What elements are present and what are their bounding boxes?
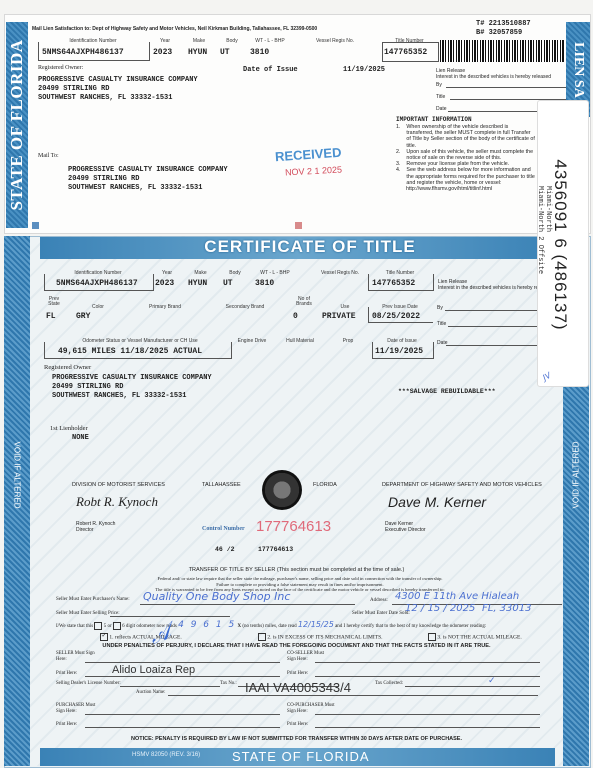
color-label: Color (78, 304, 118, 310)
actual-mileage-checkbox[interactable]: ✓ (100, 633, 108, 641)
registration-mark (295, 222, 302, 229)
city-label: TALLAHASSEE (202, 482, 241, 488)
auction-name-value[interactable]: IAAI VA4005343/4 (245, 680, 351, 695)
mail-lien-instruction: Mail Lien Satisfaction to: Dept of Highw… (32, 26, 317, 32)
stmt-text: 5 or (104, 624, 112, 629)
use-value: PRIVATE (322, 312, 356, 321)
prop-label: Prop (338, 338, 358, 344)
stub-year-label: Year (150, 38, 180, 44)
address-value-2[interactable]: FL, 33013 (482, 603, 532, 614)
stmt-text: I/We state that this (56, 624, 93, 629)
registered-owner-lines: PROGRESSIVE CASUALTY INSURANCE COMPANY 2… (52, 374, 212, 401)
director-title: Director (76, 528, 115, 534)
penalty-notice: NOTICE: PENALTY IS REQUIRED BY LAW IF NO… (0, 736, 593, 742)
exec-block: Dave Kerner Executive Director (385, 522, 426, 533)
option-label: 3. is NOT THE ACTUAL MILEAGE. (437, 634, 521, 640)
copurchaser-print-label: Print Here: (287, 722, 308, 727)
coseller-print-label: Print Here: (287, 671, 308, 676)
owner-line: 20499 STIRLING RD (52, 383, 212, 392)
owner-line: SOUTHWEST RANCHES, FL 33332-1531 (52, 392, 212, 401)
mileage-option-2[interactable]: 2. is IN EXCESS OF ITS MECHANICAL LIMITS… (258, 633, 383, 641)
executive-signature: Dave M. Kerner (388, 494, 486, 510)
owner-line: SOUTHWEST RANCHES, FL 33332-1531 (38, 94, 198, 103)
stub-make-label: Make (180, 38, 218, 44)
seller-print-line[interactable] (85, 676, 280, 677)
important-url[interactable]: http://www.flhsmv.gov/html/titlinf.html (396, 186, 536, 192)
use-label: Use (330, 304, 360, 310)
coseller-sign-label: CO-SELLER Must Sign Here: (287, 651, 327, 662)
odometer-reading-value[interactable]: 4 9 6 1 5 (178, 620, 236, 630)
void-if-altered-right: VOID IF ALTERED (569, 400, 583, 550)
not-actual-checkbox[interactable] (428, 633, 436, 641)
void-text: VOID IF ALTERED (572, 442, 581, 509)
stub-date-label: Date of Issue (243, 66, 298, 74)
coseller-print-line[interactable] (315, 676, 540, 677)
item-num: 1. (396, 124, 400, 149)
mail-to-label: Mail To: (38, 153, 59, 159)
stub-date-value: 11/19/2025 (343, 66, 385, 74)
seller-print-value[interactable]: Alido Loaiza Rep (112, 664, 195, 676)
band-text: STATE OF FLORIDA (7, 39, 27, 210)
stub-id-label: Identification Number (38, 38, 148, 44)
option-label: 2. is IN EXCESS OF ITS MECHANICAL LIMITS… (267, 634, 382, 640)
coseller-sign-line[interactable] (315, 662, 540, 663)
auction-name-label: Auction Name: (136, 690, 165, 695)
purchaser-name-line[interactable] (140, 604, 355, 605)
purchaser-sign-line[interactable] (85, 714, 280, 715)
cert-lien-release: Lien Release Interest in the described v… (438, 279, 553, 291)
barcode (440, 40, 565, 62)
secondary-brand-label: Secondary Brand (215, 304, 275, 310)
checkmark-initial: ✓ (488, 676, 496, 686)
stub-title-value: 147765352 (384, 48, 427, 57)
prev-issue-date-value: 08/25/2022 (372, 312, 420, 321)
important-item: 4.See the web address below for more inf… (396, 167, 536, 186)
florida-seal-icon (262, 470, 302, 510)
perjury-statement: UNDER PENALTIES OF PERJURY, I DECLARE TH… (0, 643, 593, 649)
purchaser-print-line[interactable] (85, 727, 280, 728)
mileage-option-3[interactable]: 3. is NOT THE ACTUAL MILEAGE. (428, 633, 522, 641)
purchaser-sign-label: PURCHASER Must Sign Here: (56, 703, 96, 714)
lien-band-text: LIEN SA (570, 42, 586, 98)
tax-no-label: Tax No.: (220, 681, 237, 686)
id-number-value: 5NMS64AJXPH486137 (56, 279, 138, 288)
first-lienholder-value: NONE (72, 434, 89, 442)
wt-value: 3810 (255, 279, 274, 288)
make-label: Make (183, 270, 218, 276)
dealer-license-line[interactable] (120, 686, 220, 687)
tenths-mark[interactable]: X (237, 624, 241, 629)
vessel-label: Vessel Regis No. (310, 270, 370, 276)
stub-year-value: 2023 (153, 48, 172, 57)
registration-mark (32, 222, 39, 229)
stub-wt-value: 3810 (250, 48, 269, 57)
lien-by-label: By (437, 305, 443, 311)
make-value: HYUN (188, 279, 207, 288)
lien-release-text: Interest in the described vehicles is he… (438, 285, 553, 291)
copurchaser-print-line[interactable] (315, 727, 540, 728)
prev-state-value: FL (46, 312, 56, 321)
bottom-state-text: STATE OF FLORIDA (232, 749, 370, 764)
item-text: See the web address below for more infor… (406, 167, 536, 186)
lien-title-label: Title (436, 94, 445, 100)
body-label: Body (220, 270, 250, 276)
stub-make-value: HYUN (188, 48, 207, 57)
division-label: DIVISION OF MOTORIST SERVICES (72, 482, 165, 488)
stub-body-value: UT (220, 48, 230, 57)
five-digit-checkbox[interactable] (94, 622, 102, 630)
date-sold-value[interactable]: 12 / 15 / 2025 (405, 603, 475, 614)
title-number-value: 147765352 (372, 279, 415, 288)
lien-by-line (446, 87, 566, 88)
body-value: UT (223, 279, 233, 288)
address-label: Address: (370, 598, 388, 603)
excess-mileage-checkbox[interactable] (258, 633, 266, 641)
no-of-brands-value: 0 (293, 312, 298, 321)
year-label: Year (152, 270, 182, 276)
stub-wt-label: WT - L - BHP (246, 38, 294, 44)
dealer-license-label: Selling Dealer's License Number: (56, 681, 121, 686)
lien-release-text: Interest in the described vehicles is he… (436, 74, 551, 80)
void-if-altered-left: VOID IF ALTERED (10, 400, 24, 550)
stub-body-label: Body (218, 38, 246, 44)
seller-print-label: Print Here: (56, 671, 77, 676)
certificate-title: CERTIFICATE OF TITLE (160, 237, 460, 259)
mail-to-line: 20499 STIRLING RD (68, 175, 228, 184)
stub-owner-label: Registered Owner: (38, 65, 83, 71)
lien-title-label: Title (437, 321, 446, 327)
state-of-florida-band: STATE OF FLORIDA (6, 22, 28, 228)
director-block: Robert R. Kynoch Director (76, 522, 115, 533)
hull-material-label: Hull Material (280, 338, 320, 344)
sticker-locations: Miami-North Miami-North 2 Offsite (536, 186, 552, 274)
odometer-statement: I/We state that this 5 or 6 digit odomet… (56, 620, 486, 630)
mail-to-lines: PROGRESSIVE CASUALTY INSURANCE COMPANY 2… (68, 166, 228, 193)
owner-line: PROGRESSIVE CASUALTY INSURANCE COMPANY (52, 374, 212, 383)
control-code: 46 /2 (215, 546, 235, 553)
t-number: T# 2213510887 (476, 20, 531, 28)
b-number: B# 32057859 (476, 29, 522, 37)
color-value: GRY (76, 312, 90, 321)
salvage-brand-note: ***SALVAGE REBUILDABLE*** (398, 388, 496, 395)
control-number: 177764613 (256, 518, 331, 535)
registered-owner-label: Registered Owner (44, 364, 91, 371)
date-read-value[interactable]: 12/15/25 (298, 620, 334, 629)
purchaser-name-value[interactable]: Quality One Body Shop Inc (143, 590, 290, 603)
item-text: When ownership of the vehicle described … (406, 124, 536, 149)
void-text: VOID IF ALTERED (13, 442, 22, 509)
form-number: HSMV 82050 (REV. 3/16) (132, 752, 200, 758)
seller-sign-label: SELLER Must Sign Here: (56, 651, 96, 662)
owner-line: PROGRESSIVE CASUALTY INSURANCE COMPANY (38, 76, 198, 85)
address-value[interactable]: 4300 E 11th Ave Hialeah (395, 591, 519, 602)
sticker-number: 4356091 6 (486137) (550, 159, 570, 330)
stmt-text: and I hereby certify that to the best of… (335, 624, 486, 629)
item-text: Upon sale of this vehicle, the seller mu… (406, 149, 536, 161)
auction-name-line[interactable] (168, 695, 538, 696)
tax-collected-line[interactable] (405, 686, 540, 687)
mail-to-line: SOUTHWEST RANCHES, FL 33332-1531 (68, 184, 228, 193)
sticker-location-1: Miami-North (544, 186, 552, 274)
sticker-location-wrap: Miami-North Miami-North 2 Offsite (537, 160, 551, 300)
engine-drive-label: Engine Drive (232, 338, 272, 344)
item-num: 4. (396, 167, 400, 186)
lien-by-label: By (436, 82, 442, 88)
stub-vessel-label: Vessel Regis No. (305, 38, 365, 44)
date-sold-label: Seller Must Enter Date Sold: (352, 611, 410, 616)
copurchaser-sign-label: CO-PURCHASER Must Sign Here: (287, 703, 337, 714)
mail-to-line: PROGRESSIVE CASUALTY INSURANCE COMPANY (68, 166, 228, 175)
important-list: 1.When ownership of the vehicle describe… (396, 124, 536, 224)
primary-brand-label: Primary Brand (135, 304, 195, 310)
stmt-text: (no tenths) miles, date read (242, 624, 296, 629)
lien-date-line (446, 345, 546, 346)
no-of-brands-label: No of Brands (290, 297, 318, 307)
purchaser-name-label: Seller Must Enter Purchaser's Name: (56, 597, 130, 602)
important-item: 1.When ownership of the vehicle describe… (396, 124, 536, 149)
seller-sign-line[interactable] (85, 662, 280, 663)
purchaser-print-label: Print Here: (56, 722, 77, 727)
lien-date-line (448, 111, 538, 112)
state-label: FLORIDA (313, 482, 337, 488)
transfer-heading: TRANSFER OF TITLE BY SELLER (This sectio… (0, 567, 593, 573)
six-digit-checkbox[interactable] (113, 622, 121, 630)
stub-lien-release: Lien Release Interest in the described v… (436, 68, 551, 80)
stub-id-value: 5NMS64AJXPH486137 (42, 48, 124, 57)
item-num: 2. (396, 149, 400, 161)
date-of-issue-value: 11/19/2025 (375, 347, 423, 356)
director-signature: Robt R. Kynoch (76, 494, 158, 510)
department-label: DEPARTMENT OF HIGHWAY SAFETY AND MOTOR V… (382, 482, 542, 488)
first-lienholder-label: 1st Lienholder (50, 425, 88, 432)
stub-owner-lines: PROGRESSIVE CASUALTY INSURANCE COMPANY 2… (38, 76, 198, 103)
control-small-number: 177764613 (258, 546, 293, 553)
control-number-label: Control Number (202, 526, 245, 532)
year-value: 2023 (155, 279, 174, 288)
important-heading: IMPORTANT INFORMATION (396, 116, 472, 123)
odometer-value: 49,615 MILES 11/18/2025 ACTUAL (58, 347, 202, 356)
lien-date-label: Date (436, 106, 447, 112)
tax-collected-label: Tax Collected: (375, 681, 403, 686)
important-item: 2.Upon sale of this vehicle, the seller … (396, 149, 536, 161)
prev-state-label: Prev State (44, 297, 64, 307)
sticker-location-2: Miami-North 2 Offsite (536, 186, 544, 274)
stub-title-label: Title Number (382, 38, 437, 44)
exec-title: Executive Director (385, 528, 426, 534)
copurchaser-sign-line[interactable] (315, 714, 540, 715)
owner-line: 20499 STIRLING RD (38, 85, 198, 94)
wt-label: WT - L - BHP (250, 270, 300, 276)
selling-price-line[interactable] (110, 616, 230, 617)
